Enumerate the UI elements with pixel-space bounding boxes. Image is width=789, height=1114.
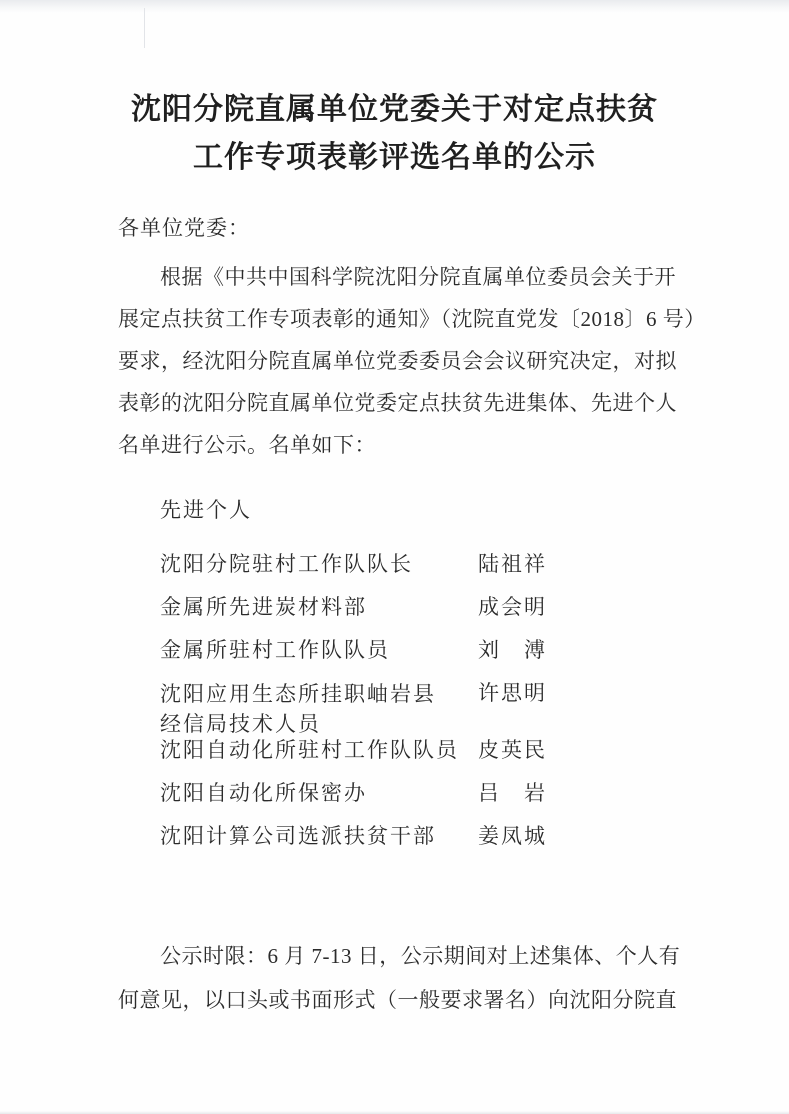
awardee-row: 沈阳计算公司选派扶贫干部 姜凤城 bbox=[160, 825, 700, 847]
intro-paragraph: 根据《中共中国科学院沈阳分院直属单位委员会关于开 展定点扶贫工作专项表彰的通知》… bbox=[118, 256, 684, 466]
awardee-position: 沈阳自动化所保密办 bbox=[160, 782, 478, 804]
awardee-position: 金属所驻村工作队队员 bbox=[160, 639, 478, 661]
intro-paragraph-line: 名单进行公示。名单如下： bbox=[118, 424, 684, 466]
awardee-name: 成会明 bbox=[478, 596, 547, 618]
awardee-row: 沈阳自动化所驻村工作队队员 皮英民 bbox=[160, 739, 700, 761]
document-title-line-1: 沈阳分院直属单位党委关于对定点扶贫 bbox=[0, 86, 789, 134]
awardee-name: 许思明 bbox=[478, 682, 547, 704]
closing-paragraph: 公示时限：6 月 7-13 日，公示期间对上述集体、个人有 何意见，以口头或书面… bbox=[118, 934, 684, 1022]
awardee-name: 吕 岩 bbox=[478, 782, 547, 804]
awardee-name: 刘 溥 bbox=[478, 639, 547, 661]
salutation: 各单位党委： bbox=[118, 212, 250, 242]
awardee-position: 沈阳计算公司选派扶贫干部 bbox=[160, 825, 478, 847]
scan-edge-artifact-top bbox=[0, 0, 789, 13]
closing-paragraph-line: 公示时限：6 月 7-13 日，公示期间对上述集体、个人有 bbox=[118, 934, 684, 978]
awardee-position: 金属所先进炭材料部 bbox=[160, 596, 478, 618]
intro-paragraph-line: 根据《中共中国科学院沈阳分院直属单位委员会关于开 bbox=[118, 256, 684, 298]
scan-line-artifact bbox=[144, 8, 145, 48]
awardee-row: 金属所先进炭材料部 成会明 bbox=[160, 596, 700, 618]
awardee-position: 沈阳自动化所驻村工作队队员 bbox=[160, 739, 478, 761]
intro-paragraph-line: 要求，经沈阳分院直属单位党委委员会会议研究决定，对拟 bbox=[118, 340, 684, 382]
awardee-row: 沈阳分院驻村工作队队长 陆祖祥 bbox=[160, 553, 700, 575]
awardee-row: 沈阳应用生态所挂职岫岩县 经信局技术人员 许思明 bbox=[160, 682, 700, 739]
section-heading-advanced-individuals: 先进个人 bbox=[160, 494, 252, 524]
awardee-list: 沈阳分院驻村工作队队长 陆祖祥 金属所先进炭材料部 成会明 金属所驻村工作队队员… bbox=[160, 553, 700, 868]
awardee-row: 沈阳自动化所保密办 吕 岩 bbox=[160, 782, 700, 804]
document-page: 沈阳分院直属单位党委关于对定点扶贫 工作专项表彰评选名单的公示 各单位党委： 根… bbox=[0, 0, 789, 1114]
intro-paragraph-line: 表彰的沈阳分院直属单位党委定点扶贫先进集体、先进个人 bbox=[118, 382, 684, 424]
awardee-position: 沈阳分院驻村工作队队长 bbox=[160, 553, 478, 575]
document-title-line-2: 工作专项表彰评选名单的公示 bbox=[0, 134, 789, 182]
document-title: 沈阳分院直属单位党委关于对定点扶贫 工作专项表彰评选名单的公示 bbox=[0, 86, 789, 182]
intro-paragraph-line: 展定点扶贫工作专项表彰的通知》（沈院直党发〔2018〕6 号） bbox=[118, 298, 684, 340]
awardee-position: 沈阳应用生态所挂职岫岩县 经信局技术人员 bbox=[160, 679, 478, 739]
closing-paragraph-line: 何意见，以口头或书面形式（一般要求署名）向沈阳分院直 bbox=[118, 978, 684, 1022]
awardee-name: 姜凤城 bbox=[478, 825, 547, 847]
awardee-name: 皮英民 bbox=[478, 739, 547, 761]
awardee-name: 陆祖祥 bbox=[478, 553, 547, 575]
awardee-row: 金属所驻村工作队队员 刘 溥 bbox=[160, 639, 700, 661]
